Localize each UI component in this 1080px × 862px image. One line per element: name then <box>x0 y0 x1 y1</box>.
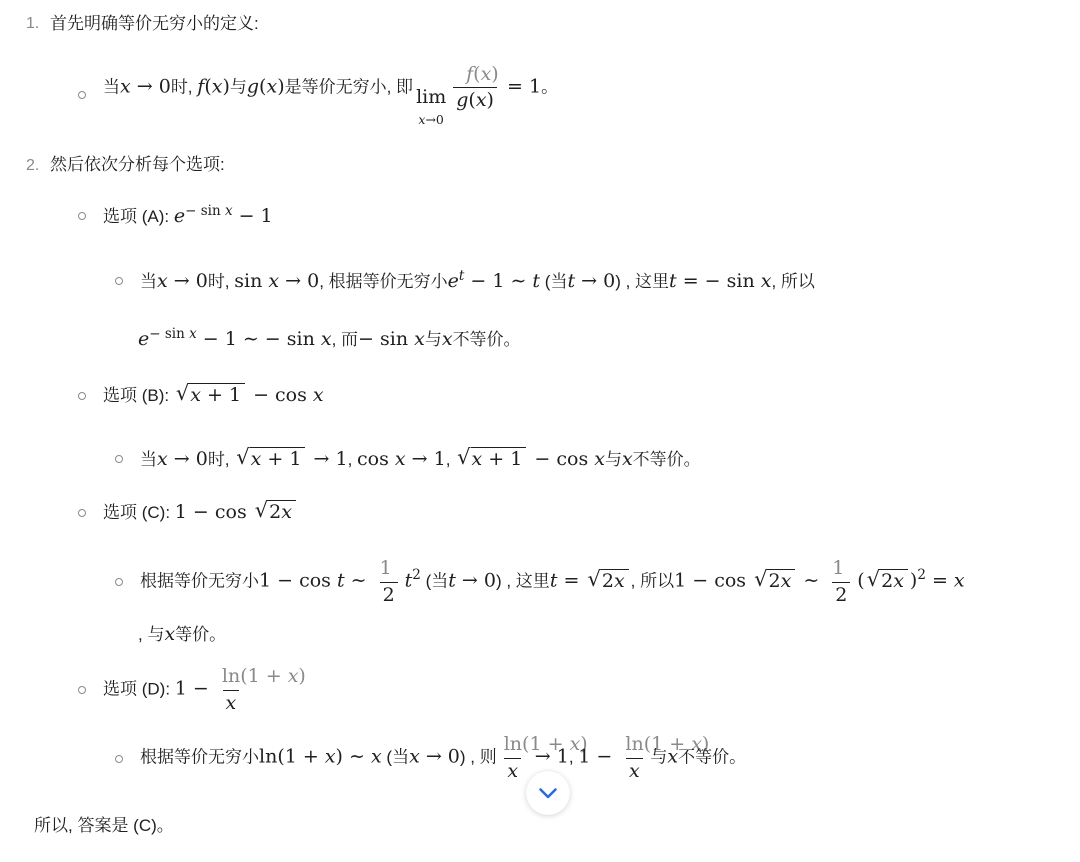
bullet-circle-icon <box>115 578 123 586</box>
bullet-circle-icon <box>115 755 123 763</box>
list-number: 1. <box>26 15 42 33</box>
option-a-heading: 选项 (A): e− sin x − 1 <box>0 202 1080 231</box>
bullet-circle-icon <box>78 509 86 517</box>
step-1-item: 1. 首先明确等价无穷小的定义: <box>0 12 1080 37</box>
chevron-down-icon <box>538 787 558 800</box>
line-content: , 与x等价。 <box>138 621 226 649</box>
line-content: 当x → 0时, √x + 1 → 1, cos x → 1, √x + 1 −… <box>140 446 701 474</box>
definition-line: 当x → 0时, f(x)与g(x)是等价无穷小, 即limx→0f(x)g(x… <box>0 63 1080 128</box>
line-content: 选项 (D): 1 − ln(1 + x)x <box>103 665 247 716</box>
step-2-item: 2. 然后依次分析每个选项: <box>0 153 1080 178</box>
line-content: 根据等价无穷小ln(1 + x) ∼ x (当x → 0) , 则ln(1 + … <box>140 733 746 784</box>
line-content: 所以, 答案是 (C)。 <box>34 814 174 839</box>
option-c-heading: 选项 (C): 1 − cos √2x <box>0 499 1080 527</box>
bullet-circle-icon <box>78 212 86 220</box>
line-content: 首先明确等价无穷小的定义: <box>50 12 259 37</box>
line-content: 然后依次分析每个选项: <box>50 153 225 178</box>
bullet-circle-icon <box>115 277 123 285</box>
option-b-heading: 选项 (B): √x + 1 − cos x <box>0 382 1080 410</box>
line-content: 当x → 0时, f(x)与g(x)是等价无穷小, 即limx→0f(x)g(x… <box>103 63 558 128</box>
bullet-circle-icon <box>78 91 86 99</box>
bullet-circle-icon <box>78 392 86 400</box>
line-content: 当x → 0时, sin x → 0, 根据等价无穷小et − 1 ∼ t (当… <box>140 267 815 296</box>
scroll-to-bottom-button[interactable] <box>526 771 570 815</box>
option-a-analysis-1: 当x → 0时, sin x → 0, 根据等价无穷小et − 1 ∼ t (当… <box>0 267 1080 296</box>
line-content: 选项 (B): √x + 1 − cos x <box>103 382 324 410</box>
option-c-analysis-1: 根据等价无穷小1 − cos t ∼ 12t2 (当t → 0) , 这里t =… <box>0 557 1080 608</box>
line-content: 选项 (A): e− sin x − 1 <box>103 202 273 231</box>
option-c-analysis-2: , 与x等价。 <box>0 621 1080 649</box>
option-b-analysis: 当x → 0时, √x + 1 → 1, cos x → 1, √x + 1 −… <box>0 446 1080 474</box>
line-content: e− sin x − 1 ∼ − sin x, 而− sin x与x不等价。 <box>138 325 521 354</box>
bullet-circle-icon <box>115 455 123 463</box>
answer-content: 1. 首先明确等价无穷小的定义: 当x → 0时, f(x)与g(x)是等价无穷… <box>0 0 1080 862</box>
line-content: 根据等价无穷小1 − cos t ∼ 12t2 (当t → 0) , 这里t =… <box>140 557 965 608</box>
bullet-circle-icon <box>78 686 86 694</box>
conclusion: 所以, 答案是 (C)。 <box>0 814 1080 839</box>
list-number: 2. <box>26 157 42 175</box>
line-content: 选项 (C): 1 − cos √2x <box>103 499 298 527</box>
option-a-analysis-2: e− sin x − 1 ∼ − sin x, 而− sin x与x不等价。 <box>0 325 1080 354</box>
option-d-heading: 选项 (D): 1 − ln(1 + x)x <box>0 665 1080 716</box>
